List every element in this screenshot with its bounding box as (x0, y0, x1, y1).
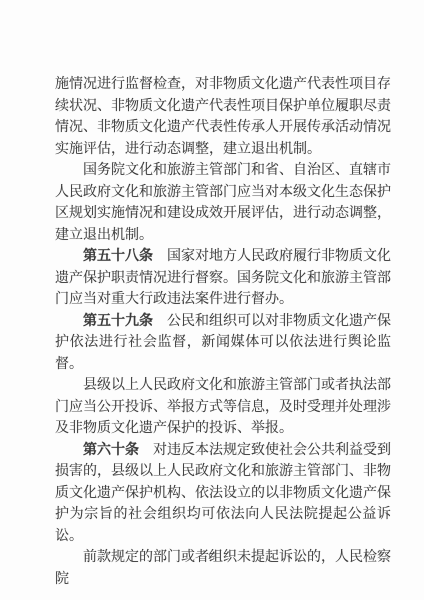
paragraph-text: 县级以上人民政府文化和旅游主管部门或者执法部门应当公开投诉、举报方式等信息，及时… (55, 378, 391, 436)
paragraph: 第五十八条 国家对地方人民政府履行非物质文化遗产保护职责情况进行督察。国务院文化… (55, 246, 391, 311)
paragraph-text: 施情况进行监督检查，对非物质文化遗产代表性项目存续状况、非物质文化遗产代表性项目… (55, 77, 391, 157)
paragraph-text: 国务院文化和旅游主管部门和省、自治区、直辖市人民政府文化和旅游主管部门应当对本级… (55, 163, 391, 243)
paragraph: 第五十九条 公民和组织可以对非物质文化遗产保护依法进行社会监督，新闻媒体可以依法… (55, 311, 391, 376)
article-number: 第五十九条 (83, 314, 153, 329)
paragraph: 国务院文化和旅游主管部门和省、自治区、直辖市人民政府文化和旅游主管部门应当对本级… (55, 160, 391, 246)
paragraph: 第六十条 对违反本法规定致使社会公共利益受到损害的，县级以上人民政府文化和旅游主… (55, 440, 391, 548)
page-number: 17 (0, 552, 424, 561)
article-number: 第五十八条 (83, 249, 153, 264)
text-block: 施情况进行监督检查，对非物质文化遗产代表性项目存续状况、非物质文化遗产代表性项目… (55, 74, 391, 590)
paragraph: 施情况进行监督检查，对非物质文化遗产代表性项目存续状况、非物质文化遗产代表性项目… (55, 74, 391, 160)
article-number: 第六十条 (83, 443, 139, 458)
paragraph: 县级以上人民政府文化和旅游主管部门或者执法部门应当公开投诉、举报方式等信息，及时… (55, 375, 391, 440)
document-page: 施情况进行监督检查，对非物质文化遗产代表性项目存续状况、非物质文化遗产代表性项目… (0, 0, 424, 600)
